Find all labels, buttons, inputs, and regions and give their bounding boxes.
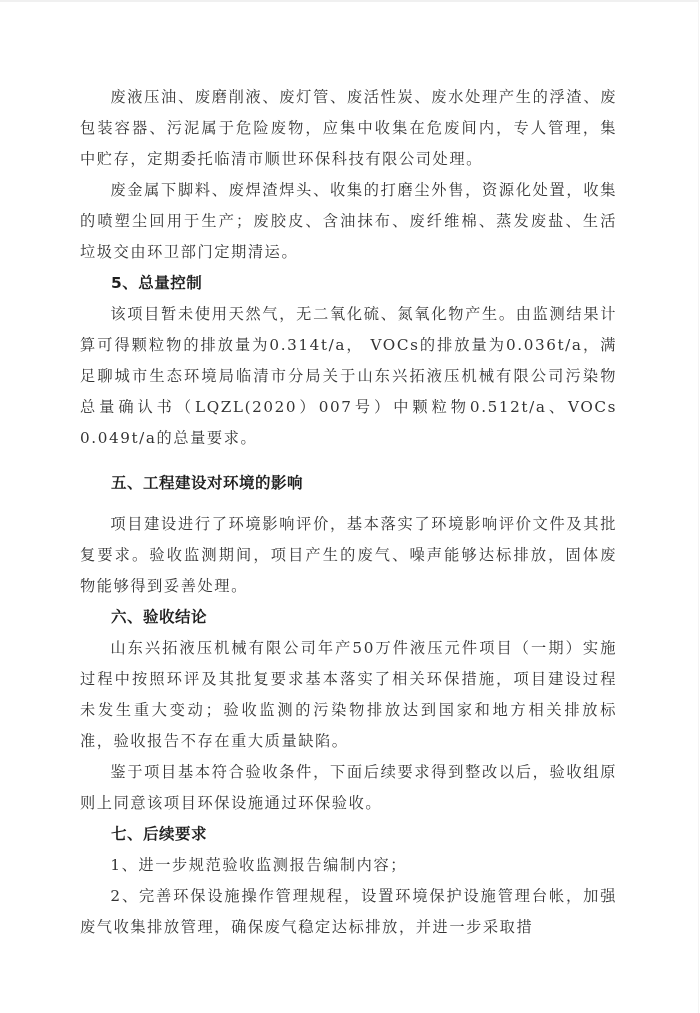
spacer [80, 499, 617, 509]
heading-total-control: 5、总量控制 [80, 268, 617, 299]
paragraph-acceptance-approval: 鉴于项目基本符合验收条件，下面后续要求得到整改以后，验收组原则上同意该项目环保设… [80, 757, 617, 819]
heading-acceptance-conclusion: 六、验收结论 [80, 602, 617, 633]
paragraph-total-control: 该项目暂未使用天然气，无二氧化硫、氮氧化物产生。由监测结果计算可得颗粒物的排放量… [80, 299, 617, 454]
document-body: 废液压油、废磨削液、废灯管、废活性炭、废水处理产生的浮渣、废包装容器、污泥属于危… [80, 82, 617, 943]
requirement-item-1: 1、进一步规范验收监测报告编制内容； [80, 850, 617, 881]
document-page: 废液压油、废磨削液、废灯管、废活性炭、废水处理产生的浮渣、废包装容器、污泥属于危… [0, 0, 699, 1013]
spacer [80, 454, 617, 468]
heading-environmental-impact: 五、工程建设对环境的影响 [80, 468, 617, 499]
heading-follow-up-requirements: 七、后续要求 [80, 819, 617, 850]
paragraph-general-waste: 废金属下脚料、废焊渣焊头、收集的打磨尘外售，资源化处置，收集的喷塑尘回用于生产；… [80, 175, 617, 268]
paragraph-environmental-impact: 项目建设进行了环境影响评价，基本落实了环境影响评价文件及其批复要求。验收监测期间… [80, 509, 617, 602]
paragraph-acceptance-conclusion: 山东兴拓液压机械有限公司年产50万件液压元件项目（一期）实施过程中按照环评及其批… [80, 633, 617, 757]
requirement-item-2: 2、完善环保设施操作管理规程，设置环境保护设施管理台帐，加强废气收集排放管理，确… [80, 881, 617, 943]
paragraph-hazardous-waste: 废液压油、废磨削液、废灯管、废活性炭、废水处理产生的浮渣、废包装容器、污泥属于危… [80, 82, 617, 175]
